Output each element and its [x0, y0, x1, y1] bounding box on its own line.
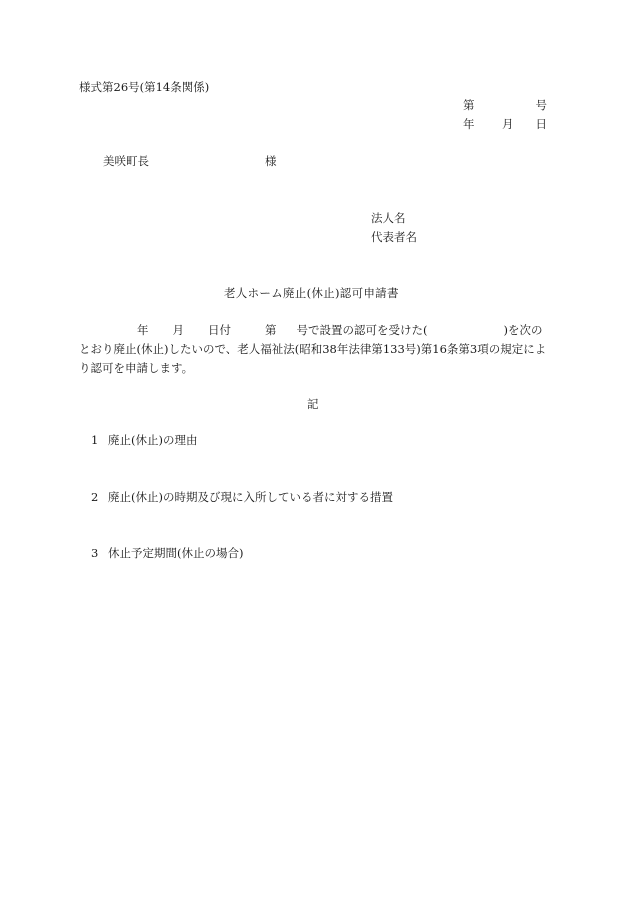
form-number: 様式第26号(第14条関係)	[79, 80, 209, 94]
addressee: 美咲町長	[103, 154, 149, 168]
date-day: 日	[536, 117, 548, 131]
date-month: 月	[502, 117, 514, 131]
body-line-1-rest: 号で設置の認可を受けた(	[297, 323, 428, 337]
body-line-1: 年月日付第号で設置の認可を受けた()を次の	[79, 321, 547, 340]
honorific: 様	[265, 154, 277, 168]
date-year: 年	[463, 117, 475, 131]
item-3: 3休止予定期間(休止の場合)	[91, 546, 243, 560]
document-title: 老人ホーム廃止(休止)認可申請書	[224, 286, 399, 300]
item-number: 3	[91, 546, 108, 560]
item-label: 廃止(休止)の時期及び現に入所している者に対する措置	[108, 490, 393, 504]
document-number-prefix: 第	[463, 98, 475, 112]
ki-heading: 記	[307, 397, 319, 411]
corporation-name-label: 法人名	[371, 211, 406, 225]
item-label: 廃止(休止)の理由	[108, 433, 197, 447]
body-year: 年	[137, 323, 149, 337]
document-number-suffix: 号	[536, 98, 548, 112]
item-1: 1廃止(休止)の理由	[91, 433, 197, 447]
body-line-1-close: )を次の	[504, 323, 543, 337]
body-line-3: り認可を申請します。	[79, 359, 547, 378]
item-2: 2廃止(休止)の時期及び現に入所している者に対する措置	[91, 490, 393, 504]
body-number-prefix: 第	[265, 323, 277, 337]
body-date-suffix: 日付	[208, 323, 231, 337]
representative-name-label: 代表者名	[371, 230, 417, 244]
body-paragraph: 年月日付第号で設置の認可を受けた()を次の とおり廃止(休止)したいので、老人福…	[79, 321, 547, 378]
item-number: 1	[91, 433, 108, 447]
item-number: 2	[91, 490, 108, 504]
item-label: 休止予定期間(休止の場合)	[108, 546, 243, 560]
body-month: 月	[173, 323, 185, 337]
body-line-2: とおり廃止(休止)したいので、老人福祉法(昭和38年法律第133号)第16条第3…	[79, 340, 547, 359]
